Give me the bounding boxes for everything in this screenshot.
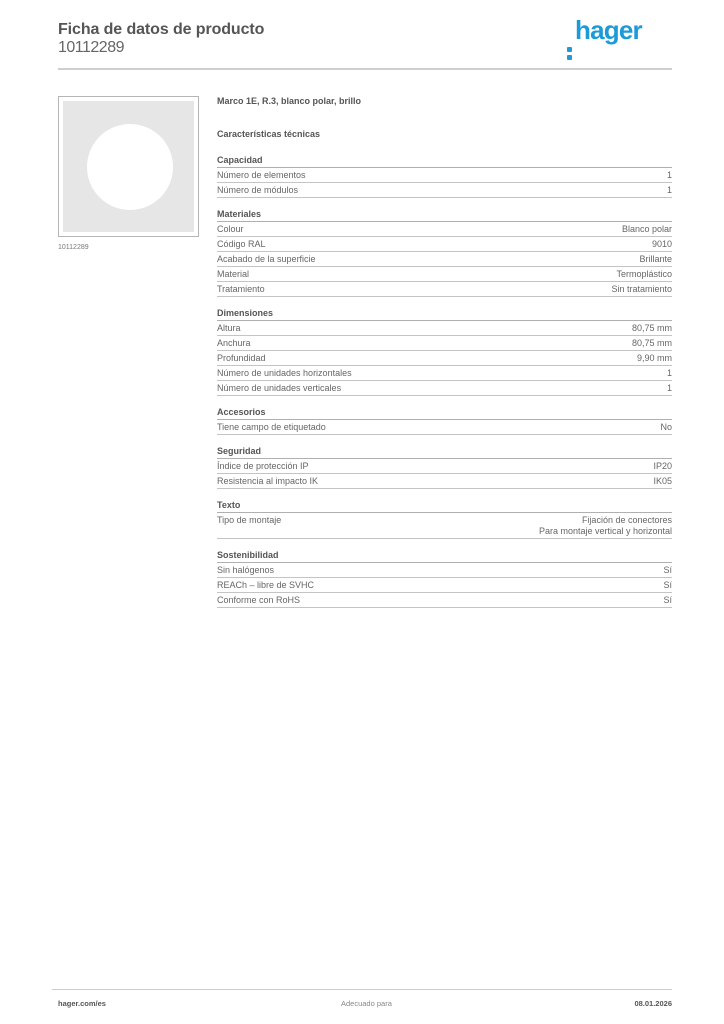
spec-label: Número de módulos xyxy=(217,185,298,196)
spec-section: SostenibilidadSin halógenosSíREACh – lib… xyxy=(217,549,672,608)
section-title: Seguridad xyxy=(217,445,672,459)
section-title: Capacidad xyxy=(217,154,672,168)
spec-value: 1 xyxy=(667,185,672,196)
brand-name: hager xyxy=(575,15,642,45)
spec-section: MaterialesColourBlanco polarCódigo RAL90… xyxy=(217,208,672,297)
footer-date: 08.01.2026 xyxy=(634,999,672,1008)
spec-value-line: Brillante xyxy=(639,254,672,265)
spec-value-line: 9010 xyxy=(652,239,672,250)
spec-value-line: 1 xyxy=(667,383,672,394)
spec-value: Brillante xyxy=(639,254,672,265)
product-number: 10112289 xyxy=(58,39,124,57)
spec-value-line: Para montaje vertical y horizontal xyxy=(539,526,672,537)
spec-value: 9010 xyxy=(652,239,672,250)
spec-section: AccesoriosTiene campo de etiquetadoNo xyxy=(217,406,672,435)
spec-value: 80,75 mm xyxy=(632,338,672,349)
spec-section: DimensionesAltura80,75 mmAnchura80,75 mm… xyxy=(217,307,672,396)
spec-value: IP20 xyxy=(653,461,672,472)
spec-row: Altura80,75 mm xyxy=(217,321,672,336)
characteristics-heading: Características técnicas xyxy=(217,129,672,154)
spec-label: Número de unidades verticales xyxy=(217,383,341,394)
spec-section: TextoTipo de montajeFijación de conector… xyxy=(217,499,672,539)
spec-label: Profundidad xyxy=(217,353,266,364)
spec-value-line: Fijación de conectores xyxy=(539,515,672,526)
spec-row: MaterialTermoplástico xyxy=(217,267,672,282)
spec-value: 9,90 mm xyxy=(637,353,672,364)
spec-row: Tiene campo de etiquetadoNo xyxy=(217,420,672,435)
spec-label: Altura xyxy=(217,323,241,334)
spec-row: Número de módulos1 xyxy=(217,183,672,198)
hager-logo: hager xyxy=(567,15,642,46)
spec-value: Termoplástico xyxy=(616,269,672,280)
spec-value: 80,75 mm xyxy=(632,323,672,334)
spec-row: Sin halógenosSí xyxy=(217,563,672,578)
spec-row: TratamientoSin tratamiento xyxy=(217,282,672,297)
footer-website: hager.com/es xyxy=(58,999,106,1008)
spec-label: Número de elementos xyxy=(217,170,306,181)
image-caption: 10112289 xyxy=(58,244,89,251)
spec-row: Número de unidades verticales1 xyxy=(217,381,672,396)
spec-value-line: IK05 xyxy=(653,476,672,487)
spec-section: SeguridadÍndice de protección IPIP20Resi… xyxy=(217,445,672,489)
spec-label: Resistencia al impacto IK xyxy=(217,476,318,487)
section-title: Materiales xyxy=(217,208,672,222)
spec-value: Blanco polar xyxy=(622,224,672,235)
spec-label: Acabado de la superficie xyxy=(217,254,316,265)
spec-section: CapacidadNúmero de elementos1Número de m… xyxy=(217,154,672,198)
section-title: Texto xyxy=(217,499,672,513)
frame-opening xyxy=(87,124,173,210)
section-title: Accesorios xyxy=(217,406,672,420)
spec-row: Código RAL9010 xyxy=(217,237,672,252)
spec-label: Anchura xyxy=(217,338,251,349)
spec-row: Acabado de la superficieBrillante xyxy=(217,252,672,267)
spec-value-line: 1 xyxy=(667,368,672,379)
spec-value-line: 80,75 mm xyxy=(632,323,672,334)
spec-value: Sí xyxy=(663,580,672,591)
spec-value-line: 9,90 mm xyxy=(637,353,672,364)
spec-value-line: 80,75 mm xyxy=(632,338,672,349)
spec-row: REACh – libre de SVHCSí xyxy=(217,578,672,593)
spec-value-line: Sin tratamiento xyxy=(611,284,672,295)
page-title: Ficha de datos de producto xyxy=(58,21,264,39)
spec-value: Sí xyxy=(663,595,672,606)
footer-divider xyxy=(52,989,672,990)
spec-row: Conforme con RoHSSí xyxy=(217,593,672,608)
spec-label: Tratamiento xyxy=(217,284,265,295)
spec-value-line: IP20 xyxy=(653,461,672,472)
spec-label: Sin halógenos xyxy=(217,565,274,576)
spec-value-line: Blanco polar xyxy=(622,224,672,235)
spec-label: Índice de protección IP xyxy=(217,461,309,472)
spec-sections: CapacidadNúmero de elementos1Número de m… xyxy=(217,154,672,608)
spec-row: Índice de protección IPIP20 xyxy=(217,459,672,474)
spec-label: Tipo de montaje xyxy=(217,515,281,526)
spec-value-line: Sí xyxy=(663,580,672,591)
header-divider xyxy=(58,68,672,70)
spec-value: IK05 xyxy=(653,476,672,487)
spec-row: Profundidad9,90 mm xyxy=(217,351,672,366)
spec-label: Código RAL xyxy=(217,239,266,250)
spec-value-line: 1 xyxy=(667,170,672,181)
footer-center-text: Adecuado para xyxy=(341,999,392,1008)
spec-row: Anchura80,75 mm xyxy=(217,336,672,351)
spec-value-line: Sí xyxy=(663,595,672,606)
spec-row: Tipo de montajeFijación de conectoresPar… xyxy=(217,513,672,539)
spec-label: Colour xyxy=(217,224,244,235)
spec-row: Resistencia al impacto IKIK05 xyxy=(217,474,672,489)
spec-row: Número de elementos1 xyxy=(217,168,672,183)
spec-label: Número de unidades horizontales xyxy=(217,368,352,379)
spec-label: Conforme con RoHS xyxy=(217,595,300,606)
spec-value: 1 xyxy=(667,170,672,181)
spec-value-line: 1 xyxy=(667,185,672,196)
spec-label: REACh – libre de SVHC xyxy=(217,580,314,591)
spec-row: ColourBlanco polar xyxy=(217,222,672,237)
spec-value-line: Sí xyxy=(663,565,672,576)
spec-value: Sin tratamiento xyxy=(611,284,672,295)
spec-value: No xyxy=(660,422,672,433)
spec-value: 1 xyxy=(667,383,672,394)
spec-value: 1 xyxy=(667,368,672,379)
section-title: Dimensiones xyxy=(217,307,672,321)
product-image xyxy=(58,96,199,237)
spec-value: Sí xyxy=(663,565,672,576)
spec-value-line: Termoplástico xyxy=(616,269,672,280)
spec-value: Fijación de conectoresPara montaje verti… xyxy=(539,515,672,537)
spec-row: Número de unidades horizontales1 xyxy=(217,366,672,381)
spec-value-line: No xyxy=(660,422,672,433)
spec-label: Tiene campo de etiquetado xyxy=(217,422,326,433)
product-details: Marco 1E, R.3, blanco polar, brillo Cara… xyxy=(217,96,672,618)
product-frame-image xyxy=(63,101,194,232)
product-name: Marco 1E, R.3, blanco polar, brillo xyxy=(217,96,672,129)
section-title: Sostenibilidad xyxy=(217,549,672,563)
spec-label: Material xyxy=(217,269,249,280)
